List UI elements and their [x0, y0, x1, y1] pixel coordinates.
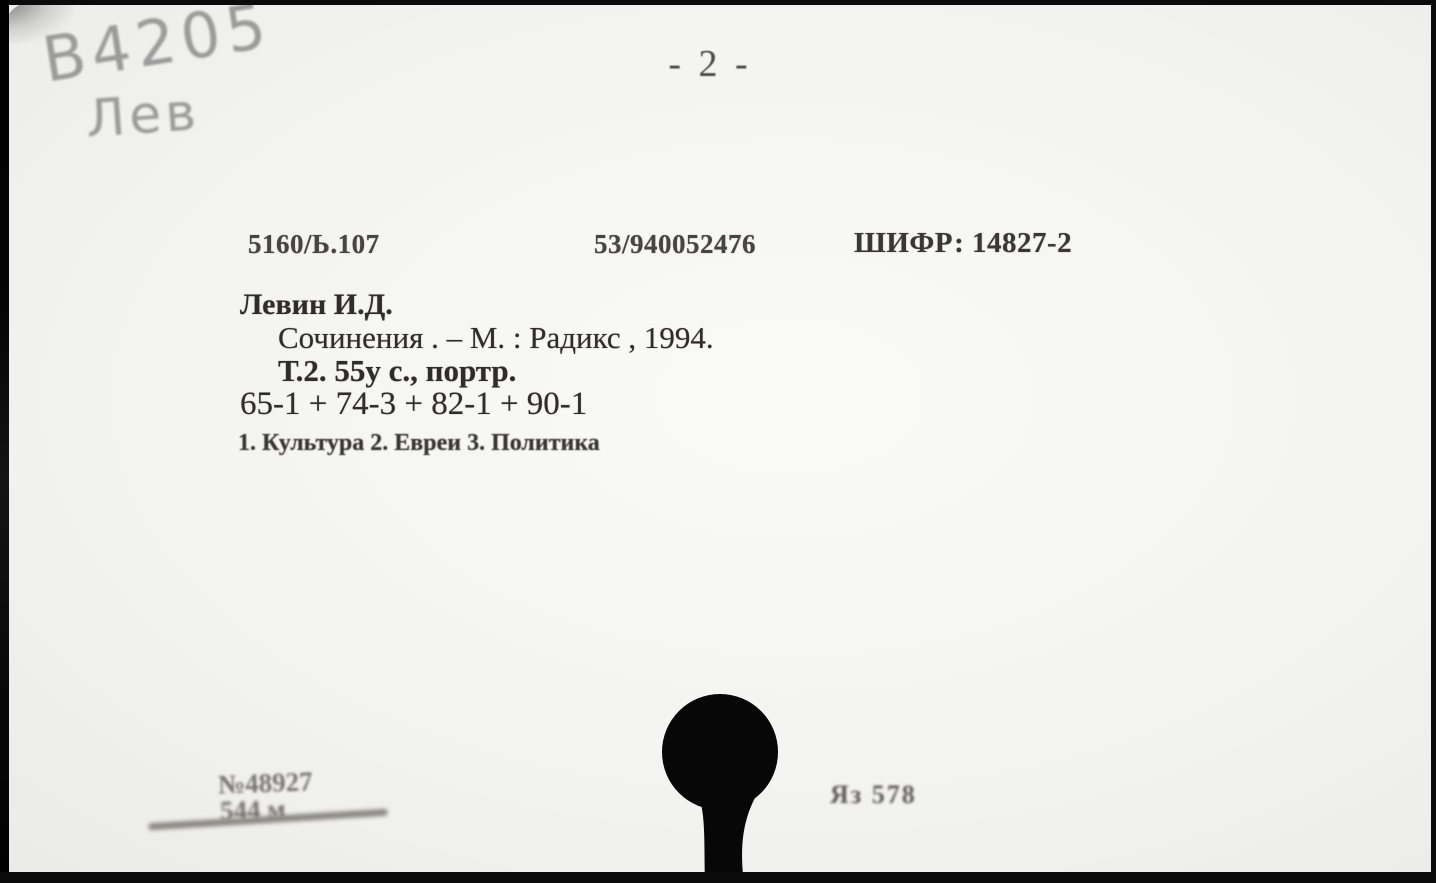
handwritten-author-abbreviation: Лев: [84, 82, 202, 150]
entry-volume: Т.2. 55у с., портр.: [278, 353, 516, 389]
scan-edge-right: [1431, 0, 1436, 883]
cipher-code: ШИФР: 14827-2: [854, 227, 1072, 260]
scanned-catalog-card: В4205 Лев - 2 - 5160/Ь.107 53/940052476 …: [0, 0, 1436, 883]
ink-blot-icon: [652, 686, 792, 883]
scan-corner-shadow: [4, 2, 74, 44]
entry-author: Левин И.Д.: [240, 288, 393, 322]
scan-edge-bottom: [0, 872, 1436, 883]
entry-title: Сочинения . – М. : Радикс , 1994.: [278, 320, 714, 356]
record-number: 5160/Ь.107: [248, 229, 380, 260]
language-code-stamp: Яз 578: [830, 780, 917, 810]
order-number: 53/940052476: [594, 229, 756, 260]
scan-edge-left: [0, 0, 9, 883]
ink-blot-shape: [652, 686, 792, 883]
scan-edge-top: [0, 0, 1436, 5]
page-number: - 2 -: [620, 42, 800, 86]
entry-subjects: 1. Культура 2. Евреи 3. Политика: [238, 430, 600, 457]
entry-holdings: 65-1 + 74-3 + 82-1 + 90-1: [240, 386, 587, 423]
